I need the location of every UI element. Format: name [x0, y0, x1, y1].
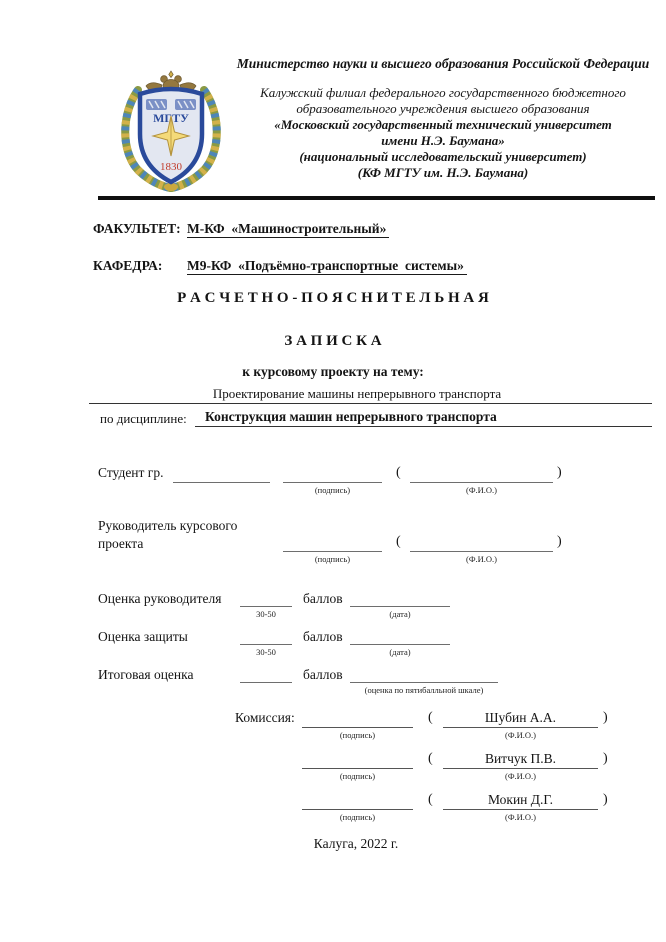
commission-member-name: Шубин А.А.	[443, 709, 598, 728]
open-paren: (	[428, 709, 433, 727]
doc-title-line-2: З А П И С К А	[0, 333, 666, 350]
fio-caption: (Ф.И.О.)	[410, 552, 553, 564]
range-caption	[240, 683, 292, 685]
student-fio-blank: (Ф.И.О.)	[410, 466, 553, 495]
discipline-label: по дисциплине:	[100, 411, 187, 427]
student-signature-blank: (подпись)	[283, 466, 382, 495]
university-line-1: «Московский государственный технический …	[228, 117, 658, 133]
commission-member-name: Мокин Д.Г.	[443, 791, 598, 810]
range-caption: 30-50	[240, 645, 292, 657]
grade-score-blank: 30-50	[240, 628, 292, 657]
discipline-value: Конструкция машин непрерывного транспорт…	[195, 409, 652, 427]
open-paren: (	[428, 750, 433, 768]
close-paren: )	[557, 533, 562, 551]
header-block: Министерство науки и высшего образования…	[228, 56, 658, 181]
supervisor-signature-blank: (подпись)	[283, 535, 382, 564]
close-paren: )	[603, 709, 608, 727]
commission-member: Шубин А.А. (Ф.И.О.)	[443, 709, 598, 740]
branch-line-1: Калужский филиал федерального государств…	[228, 85, 658, 101]
signature-caption: (подпись)	[283, 552, 382, 564]
doc-subtitle: к курсовому проекту на тему:	[0, 364, 666, 380]
grade-scale-blank: (оценка по пятибалльной шкале)	[350, 666, 498, 695]
department-value: М9-КФ «Подъёмно-транспортные системы»	[187, 258, 467, 275]
commission-signature-blank: (подпись)	[302, 709, 413, 740]
fio-caption: (Ф.И.О.)	[443, 810, 598, 822]
fio-caption: (Ф.И.О.)	[410, 483, 553, 495]
department-label: КАФЕДРА:	[93, 258, 187, 274]
university-emblem-icon: МГТУ 1830	[114, 70, 228, 192]
close-paren: )	[557, 464, 562, 482]
commission-signature-blank: (подпись)	[302, 791, 413, 822]
project-topic: Проектирование машины непрерывного транс…	[89, 386, 652, 404]
student-label: Студент гр.	[98, 464, 163, 482]
doc-title-line-1: Р А С Ч Е Т Н О - П О Я С Н И Т Е Л Ь Н …	[0, 290, 666, 307]
commission-member-name: Витчук П.В.	[443, 750, 598, 769]
university-short-name: (КФ МГТУ им. Н.Э. Баумана)	[228, 165, 658, 181]
scale-caption: (оценка по пятибалльной шкале)	[350, 683, 498, 695]
commission-member: Мокин Д.Г. (Ф.И.О.)	[443, 791, 598, 822]
close-paren: )	[603, 791, 608, 809]
faculty-row: ФАКУЛЬТЕТ:М-КФ «Машиностроительный»	[93, 221, 389, 237]
fio-caption: (Ф.И.О.)	[443, 728, 598, 740]
signature-caption: (подпись)	[302, 728, 413, 740]
grade-score-blank	[240, 666, 292, 685]
faculty-value: М-КФ «Машиностроительный»	[187, 221, 389, 238]
units-label: баллов	[303, 628, 343, 646]
supervisor-label: Руководитель курсового проекта	[98, 517, 258, 553]
open-paren: (	[396, 464, 401, 482]
date-caption: (дата)	[350, 645, 450, 657]
university-line-2: имени Н.Э. Баумана»	[228, 133, 658, 149]
branch-line-2: образовательного учреждения высшего обра…	[228, 101, 658, 117]
commission-signature-blank: (подпись)	[302, 750, 413, 781]
signature-caption: (подпись)	[302, 769, 413, 781]
logo-year-text: 1830	[160, 161, 183, 173]
signature-caption: (подпись)	[283, 483, 382, 495]
supervisor-fio-blank: (Ф.И.О.)	[410, 535, 553, 564]
units-label: баллов	[303, 666, 343, 684]
fio-caption: (Ф.И.О.)	[443, 769, 598, 781]
grade-date-blank: (дата)	[350, 628, 450, 657]
date-caption: (дата)	[350, 607, 450, 619]
ministry-line: Министерство науки и высшего образования…	[228, 56, 658, 72]
close-paren: )	[603, 750, 608, 768]
units-label: баллов	[303, 590, 343, 608]
grade-row-label: Оценка руководителя	[98, 590, 221, 608]
title-page: МГТУ 1830 Министерство науки и высшего о…	[0, 0, 666, 942]
faculty-label: ФАКУЛЬТЕТ:	[93, 221, 187, 237]
city-year: Калуга, 2022 г.	[0, 836, 666, 852]
grade-row-label: Итоговая оценка	[98, 666, 193, 684]
commission-member: Витчук П.В. (Ф.И.О.)	[443, 750, 598, 781]
grade-score-blank: 30-50	[240, 590, 292, 619]
commission-label: Комиссия:	[235, 709, 295, 727]
header-divider	[98, 196, 655, 200]
national-status-line: (национальный исследовательский универси…	[228, 149, 658, 165]
student-group-blank	[173, 466, 270, 483]
signature-caption: (подпись)	[302, 810, 413, 822]
range-caption: 30-50	[240, 607, 292, 619]
open-paren: (	[428, 791, 433, 809]
open-paren: (	[396, 533, 401, 551]
department-row: КАФЕДРА:М9-КФ «Подъёмно-транспортные сис…	[93, 258, 467, 274]
grade-row-label: Оценка защиты	[98, 628, 188, 646]
grade-date-blank: (дата)	[350, 590, 450, 619]
